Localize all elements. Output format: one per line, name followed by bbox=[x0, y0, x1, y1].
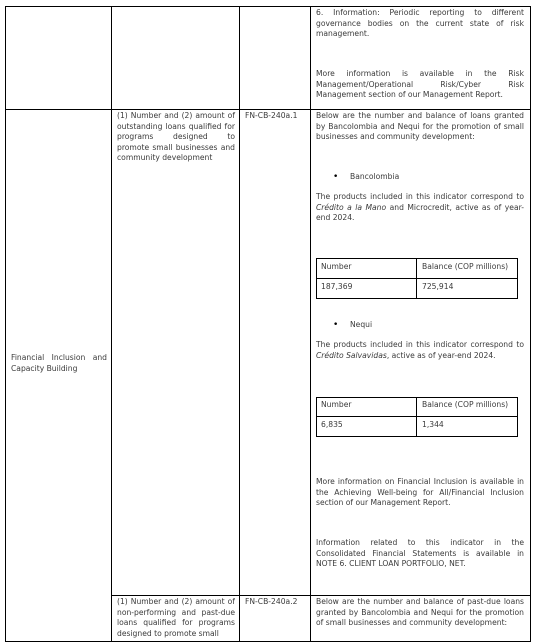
table-cell: 725,914 bbox=[422, 282, 453, 293]
bullet-icon: • bbox=[333, 172, 338, 183]
financial-note-paragraph: Information related to this indicator in… bbox=[316, 538, 524, 570]
table-cell: 187,369 bbox=[321, 282, 352, 293]
topic-label: Financial Inclusion and Capacity Buildin… bbox=[11, 353, 107, 374]
metric-description: (1) Number and (2) amount of non-perform… bbox=[117, 597, 235, 641]
metric-code: FN-CB-240a.1 bbox=[245, 111, 297, 122]
table-border-bottom bbox=[5, 641, 531, 642]
table-cell: 1,344 bbox=[422, 420, 444, 431]
response-intro: Below are the number and balance of loan… bbox=[316, 111, 524, 143]
table-border-top bbox=[5, 6, 531, 7]
row-divider bbox=[5, 109, 531, 110]
more-info-paragraph: More information on Financial Inclusion … bbox=[316, 477, 524, 509]
table-header: Number bbox=[321, 262, 352, 273]
table-border-left bbox=[5, 6, 6, 642]
response-paragraph: 6. Information: Periodic reporting to di… bbox=[316, 8, 524, 40]
table-header: Balance (COP millions) bbox=[422, 400, 508, 411]
bullet-icon: • bbox=[333, 320, 338, 331]
response-intro: Below are the number and balance of past… bbox=[316, 597, 524, 629]
column-divider bbox=[239, 6, 240, 642]
table-header: Number bbox=[321, 400, 352, 411]
row-divider bbox=[111, 595, 531, 596]
table-header: Balance (COP millions) bbox=[422, 262, 508, 273]
table-cell: 6,835 bbox=[321, 420, 343, 431]
metric-code: FN-CB-240a.2 bbox=[245, 597, 297, 608]
table-border-right bbox=[530, 6, 531, 642]
section-description: The products included in this indicator … bbox=[316, 192, 524, 224]
column-divider bbox=[111, 6, 112, 642]
section-description: The products included in this indicator … bbox=[316, 340, 524, 361]
response-paragraph: More information is available in the Ris… bbox=[316, 69, 524, 101]
column-divider bbox=[310, 6, 311, 642]
metric-description: (1) Number and (2) amount of outstanding… bbox=[117, 111, 235, 164]
